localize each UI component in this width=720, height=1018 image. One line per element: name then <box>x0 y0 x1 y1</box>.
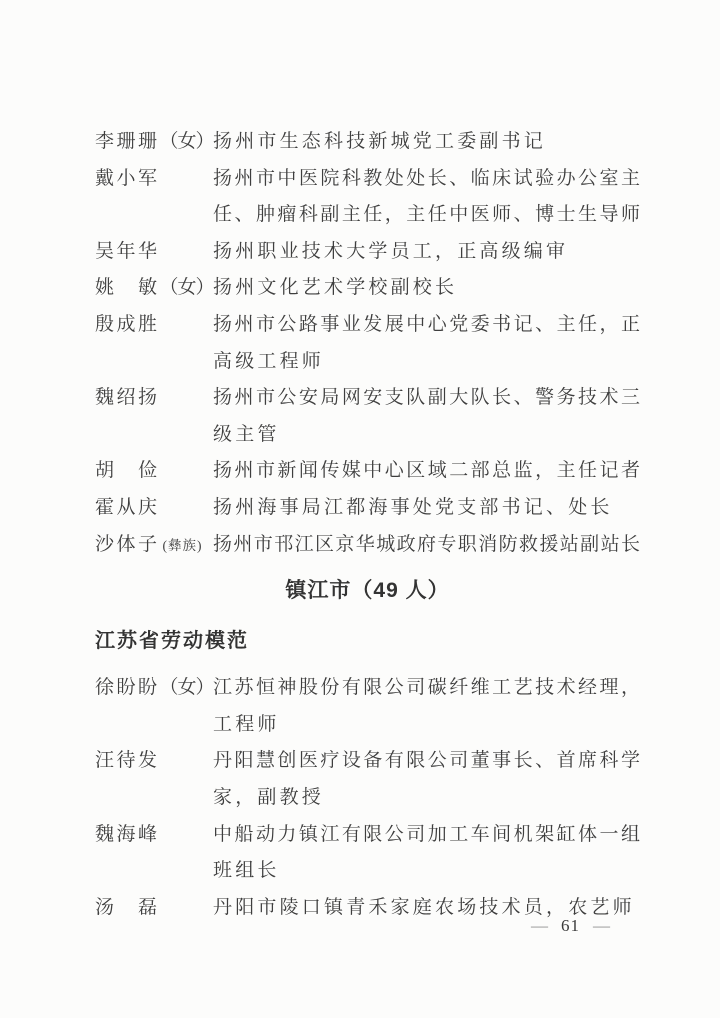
person-name: 汤 磊 <box>95 890 213 927</box>
description-line: 扬州市生态科技新城党工委副书记 <box>213 124 640 161</box>
person-name: 魏绍扬 <box>95 380 213 417</box>
person-title-description: 扬州市邗江区京华城政府专职消防救援站副站长 <box>213 527 640 564</box>
person-name: 姚 敏（女） <box>95 270 213 307</box>
award-category-heading: 江苏省劳动模范 <box>95 626 640 656</box>
person-title-description: 扬州海事局江都海事处党支部书记、处长 <box>213 490 640 527</box>
gender-annotation: （女） <box>160 277 214 298</box>
person-title-description: 扬州市新闻传媒中心区域二部总监，主任记者 <box>213 453 640 490</box>
description-line: 扬州市新闻传媒中心区域二部总监，主任记者 <box>213 453 640 490</box>
person-title-description: 中船动力镇江有限公司加工车间机架缸体一组班组长 <box>213 817 640 890</box>
person-name-text: 魏海峰 <box>95 824 160 845</box>
person-name-text: 殷成胜 <box>95 314 160 335</box>
yangzhou-entry-list: 李珊珊（女） 扬州市生态科技新城党工委副书记 戴小军 扬州市中医院科教处处长、临… <box>95 124 640 564</box>
person-title-description: 扬州市中医院科教处处长、临床试验办公室主任、肿瘤科副主任，主任中医师、博士生导师 <box>213 161 640 234</box>
description-line: 高级工程师 <box>213 344 640 381</box>
laborer-entry: 霍从庆 扬州海事局江都海事处党支部书记、处长 <box>95 490 640 527</box>
description-line: 扬州市公安局网安支队副大队长、警务技术三 <box>213 380 640 417</box>
person-name-text: 魏绍扬 <box>95 387 160 408</box>
person-name: 戴小军 <box>95 161 213 198</box>
laborer-entry: 殷成胜 扬州市公路事业发展中心党委书记、主任，正高级工程师 <box>95 307 640 380</box>
city-heading: 镇江市（49 人） <box>95 572 640 610</box>
person-title-description: 江苏恒神股份有限公司碳纤维工艺技术经理，工程师 <box>213 670 640 743</box>
description-line: 江苏恒神股份有限公司碳纤维工艺技术经理， <box>213 670 640 707</box>
laborer-entry: 徐盼盼（女） 江苏恒神股份有限公司碳纤维工艺技术经理，工程师 <box>95 670 640 743</box>
laborer-entry: 魏绍扬 扬州市公安局网安支队副大队长、警务技术三级主管 <box>95 380 640 453</box>
person-title-description: 扬州职业技术大学员工，正高级编审 <box>213 234 640 271</box>
description-line: 丹阳慧创医疗设备有限公司董事长、首席科学 <box>213 743 640 780</box>
person-name-text: 沙体子 <box>95 534 160 555</box>
page-content: 李珊珊（女） 扬州市生态科技新城党工委副书记 戴小军 扬州市中医院科教处处长、临… <box>95 124 640 926</box>
zhenjiang-entry-list: 徐盼盼（女） 江苏恒神股份有限公司碳纤维工艺技术经理，工程师 汪待发 丹阳慧创医… <box>95 670 640 926</box>
laborer-entry: 胡 俭 扬州市新闻传媒中心区域二部总监，主任记者 <box>95 453 640 490</box>
person-name: 胡 俭 <box>95 453 213 490</box>
person-name: 汪待发 <box>95 743 213 780</box>
person-name: 魏海峰 <box>95 817 213 854</box>
person-name: 吴年华 <box>95 234 213 271</box>
description-line: 扬州市邗江区京华城政府专职消防救援站副站长 <box>213 527 640 564</box>
laborer-entry: 魏海峰 中船动力镇江有限公司加工车间机架缸体一组班组长 <box>95 817 640 890</box>
ethnicity-annotation: (彝族) <box>163 538 203 553</box>
description-line: 级主管 <box>213 417 640 454</box>
description-line: 班组长 <box>213 853 640 890</box>
laborer-entry: 姚 敏（女） 扬州文化艺术学校副校长 <box>95 270 640 307</box>
page-number: — 61 — <box>531 916 610 936</box>
description-line: 扬州文化艺术学校副校长 <box>213 270 640 307</box>
description-line: 扬州海事局江都海事处党支部书记、处长 <box>213 490 640 527</box>
description-line: 工程师 <box>213 707 640 744</box>
person-title-description: 扬州市公路事业发展中心党委书记、主任，正高级工程师 <box>213 307 640 380</box>
description-line: 扬州市中医院科教处处长、临床试验办公室主 <box>213 161 640 198</box>
gender-annotation: （女） <box>160 677 214 698</box>
person-title-description: 扬州市生态科技新城党工委副书记 <box>213 124 640 161</box>
page-number-dash-left: — <box>531 916 548 936</box>
description-line: 家，副教授 <box>213 780 640 817</box>
person-name-text: 霍从庆 <box>95 497 160 518</box>
description-line: 扬州市公路事业发展中心党委书记、主任，正 <box>213 307 640 344</box>
person-name-text: 汪待发 <box>95 750 160 771</box>
laborer-entry: 沙体子(彝族) 扬州市邗江区京华城政府专职消防救援站副站长 <box>95 527 640 565</box>
page-number-dash-right: — <box>593 916 610 936</box>
person-name-text: 胡 俭 <box>95 460 160 481</box>
laborer-entry: 汪待发 丹阳慧创医疗设备有限公司董事长、首席科学家，副教授 <box>95 743 640 816</box>
person-name-text: 汤 磊 <box>95 897 160 918</box>
person-name-text: 戴小军 <box>95 168 160 189</box>
person-name: 霍从庆 <box>95 490 213 527</box>
description-line: 任、肿瘤科副主任，主任中医师、博士生导师 <box>213 197 640 234</box>
person-name-text: 李珊珊 <box>95 131 160 152</box>
person-name: 李珊珊（女） <box>95 124 213 161</box>
laborer-entry: 李珊珊（女） 扬州市生态科技新城党工委副书记 <box>95 124 640 161</box>
person-name: 沙体子(彝族) <box>95 527 213 565</box>
laborer-entry: 吴年华 扬州职业技术大学员工，正高级编审 <box>95 234 640 271</box>
gender-annotation: （女） <box>160 131 214 152</box>
person-name-text: 徐盼盼 <box>95 677 160 698</box>
page-number-value: 61 <box>561 916 580 936</box>
person-name-text: 姚 敏 <box>95 277 160 298</box>
document-page: 李珊珊（女） 扬州市生态科技新城党工委副书记 戴小军 扬州市中医院科教处处长、临… <box>0 0 720 1018</box>
description-line: 中船动力镇江有限公司加工车间机架缸体一组 <box>213 817 640 854</box>
description-line: 扬州职业技术大学员工，正高级编审 <box>213 234 640 271</box>
person-name: 殷成胜 <box>95 307 213 344</box>
person-title-description: 扬州文化艺术学校副校长 <box>213 270 640 307</box>
laborer-entry: 戴小军 扬州市中医院科教处处长、临床试验办公室主任、肿瘤科副主任，主任中医师、博… <box>95 161 640 234</box>
person-name-text: 吴年华 <box>95 241 160 262</box>
person-name: 徐盼盼（女） <box>95 670 213 707</box>
person-title-description: 扬州市公安局网安支队副大队长、警务技术三级主管 <box>213 380 640 453</box>
person-title-description: 丹阳慧创医疗设备有限公司董事长、首席科学家，副教授 <box>213 743 640 816</box>
